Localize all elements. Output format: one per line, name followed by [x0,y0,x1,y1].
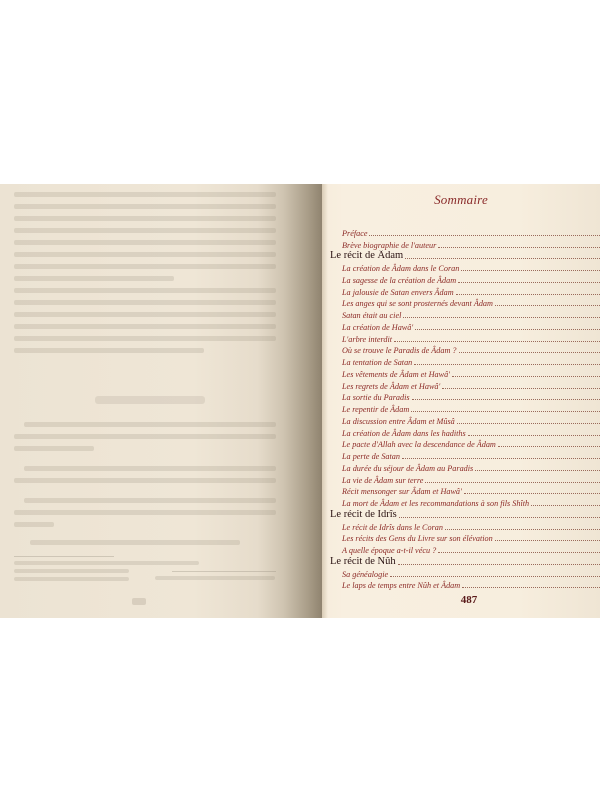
table-of-contents: PréfaceBrève biographie de l'auteurLe ré… [330,226,600,590]
toc-subentry: La création de Âdam dans le Coran [330,261,600,273]
toc-entry-label: La sortie du Paradis [342,393,410,402]
toc-subentry: La discussion entre Âdam et Mûsâ [330,414,600,426]
toc-entry-label: Le récit de Nûh [330,556,396,567]
toc-subentry: La sagesse de la création de Âdam [330,273,600,285]
dot-leader [462,587,600,588]
faded-text-line [14,276,174,281]
toc-subentry: Les récits des Gens du Livre sur son élé… [330,532,600,544]
toc-entry-label: Le pacte d'Allah avec la descendance de … [342,440,496,449]
faded-text-line [14,446,94,451]
faded-text-line [14,348,204,353]
toc-entry-label: La sagesse de la création de Âdam [342,276,456,285]
faded-text-line [14,264,276,269]
page-number: 487 [322,594,600,606]
dot-leader [498,446,600,447]
toc-subentry: La durée du séjour de Âdam au Paradis [330,461,600,473]
faded-text-line [14,240,276,245]
faded-text-line [24,498,276,503]
toc-section-entry: Le récit de Idrîs [330,508,600,520]
toc-title: Sommaire [322,192,600,208]
toc-subentry: La vie de Âdam sur terre [330,473,600,485]
dot-leader [452,376,600,377]
faded-text-line [14,478,276,483]
toc-entry-label: La création de Hawâ' [342,323,413,332]
toc-section-entry: Le récit de Âdam [330,250,600,262]
toc-subentry: Préface [330,226,600,238]
toc-subentry: A quelle époque a-t-il vécu ? [330,543,600,555]
toc-subentry: Récit mensonger sur Âdam et Hawâ' [330,485,600,497]
faded-heading [95,396,205,404]
toc-subentry: La création de Âdam dans les hadiths [330,426,600,438]
toc-subentry: Brève biographie de l'auteur [330,238,600,250]
faded-text-line [14,204,276,209]
right-page: Sommaire PréfaceBrève biographie de l'au… [322,184,600,618]
dot-leader [457,423,600,424]
dot-leader [438,552,600,553]
footnote-rule [14,556,114,557]
faded-footnote [14,577,129,581]
dot-leader [394,341,600,342]
faded-text-line [14,300,276,305]
faded-footnote [14,569,129,573]
toc-entry-label: Les regrets de Âdam et Hawâ' [342,382,440,391]
toc-entry-label: La création de Âdam dans le Coran [342,264,459,273]
toc-entry-label: La durée du séjour de Âdam au Paradis [342,464,473,473]
faded-footnote [14,561,199,565]
toc-entry-label: Le récit de Idrîs dans le Coran [342,523,443,532]
toc-subentry: L'arbre interdit [330,332,600,344]
faded-page-number [132,598,146,605]
toc-subentry: La mort de Âdam et les recommandations à… [330,496,600,508]
dot-leader [461,270,600,271]
dot-leader [442,388,600,389]
faded-text-line [14,312,276,317]
toc-subentry: Les vêtements de Âdam et Hawâ' [330,367,600,379]
dot-leader [369,235,600,236]
toc-entry-label: La tentation de Satan [342,358,412,367]
spine-shadow [322,184,328,618]
dot-leader [531,505,600,506]
dot-leader [402,458,600,459]
faded-text-line [30,540,240,545]
dot-leader [445,529,600,530]
footnote-rule [172,571,276,572]
toc-section-entry: Le récit de Nûh [330,555,600,567]
toc-subentry: Le laps de temps entre Nûh et Âdam [330,579,600,591]
toc-subentry: La tentation de Satan [330,355,600,367]
toc-entry-label: La perte de Satan [342,452,400,461]
toc-subentry: Les anges qui se sont prosternés devant … [330,297,600,309]
dot-leader [495,305,600,306]
toc-entry-label: Satan était au ciel [342,311,401,320]
toc-entry-label: Brève biographie de l'auteur [342,241,436,250]
dot-leader [456,294,600,295]
toc-entry-label: La jalousie de Satan envers Âdam [342,288,454,297]
faded-text-line [14,510,276,515]
faded-text-line [24,422,276,427]
dot-leader [403,317,600,318]
dot-leader [495,540,600,541]
toc-entry-label: Les récits des Gens du Livre sur son élé… [342,534,493,543]
toc-entry-label: L'arbre interdit [342,335,392,344]
dot-leader [411,411,600,412]
toc-entry-label: Sa généalogie [342,570,388,579]
faded-text-line [14,324,276,329]
faded-text-line [14,216,276,221]
toc-subentry: Le pacte d'Allah avec la descendance de … [330,438,600,450]
faded-footnote [155,576,275,580]
toc-subentry: La jalousie de Satan envers Âdam [330,285,600,297]
toc-subentry: La sortie du Paradis [330,391,600,403]
dot-leader [399,517,600,518]
toc-entry-label: Où se trouve le Paradis de Âdam ? [342,346,457,355]
dot-leader [464,493,600,494]
left-page [0,184,322,618]
toc-subentry: Où se trouve le Paradis de Âdam ? [330,344,600,356]
faded-text-line [14,192,276,197]
faded-text-line [14,434,276,439]
faded-text-line [14,228,276,233]
dot-leader [414,364,600,365]
faded-text-line [14,522,54,527]
toc-subentry: Le repentir de Âdam [330,402,600,414]
toc-entry-label: Le récit de Idrîs [330,509,397,520]
toc-entry-label: Récit mensonger sur Âdam et Hawâ' [342,487,462,496]
toc-subentry: La perte de Satan [330,449,600,461]
dot-leader [425,482,600,483]
dot-leader [459,352,600,353]
dot-leader [405,258,600,259]
toc-entry-label: Le repentir de Âdam [342,405,409,414]
dot-leader [415,329,600,330]
toc-entry-label: La vie de Âdam sur terre [342,476,423,485]
faded-text-line [14,288,276,293]
toc-entry-label: Le récit de Âdam [330,250,403,261]
toc-subentry: La création de Hawâ' [330,320,600,332]
faded-text-line [14,252,276,257]
toc-entry-label: Les vêtements de Âdam et Hawâ' [342,370,450,379]
toc-entry-label: Préface [342,229,367,238]
faded-text-line [14,336,276,341]
faded-text-line [24,466,276,471]
toc-subentry: Sa généalogie [330,567,600,579]
dot-leader [468,435,600,436]
toc-entry-label: Le laps de temps entre Nûh et Âdam [342,581,460,590]
toc-entry-label: A quelle époque a-t-il vécu ? [342,546,436,555]
toc-subentry: Le récit de Idrîs dans le Coran [330,520,600,532]
dot-leader [458,282,600,283]
toc-entry-label: Les anges qui se sont prosternés devant … [342,299,493,308]
dot-leader [412,399,600,400]
open-book: Sommaire PréfaceBrève biographie de l'au… [0,184,600,618]
dot-leader [475,470,600,471]
toc-entry-label: La création de Âdam dans les hadiths [342,429,466,438]
dot-leader [390,576,600,577]
dot-leader [398,564,600,565]
toc-subentry: Satan était au ciel [330,308,600,320]
toc-entry-label: La discussion entre Âdam et Mûsâ [342,417,455,426]
toc-entry-label: La mort de Âdam et les recommandations à… [342,499,529,508]
toc-subentry: Les regrets de Âdam et Hawâ' [330,379,600,391]
dot-leader [438,247,600,248]
